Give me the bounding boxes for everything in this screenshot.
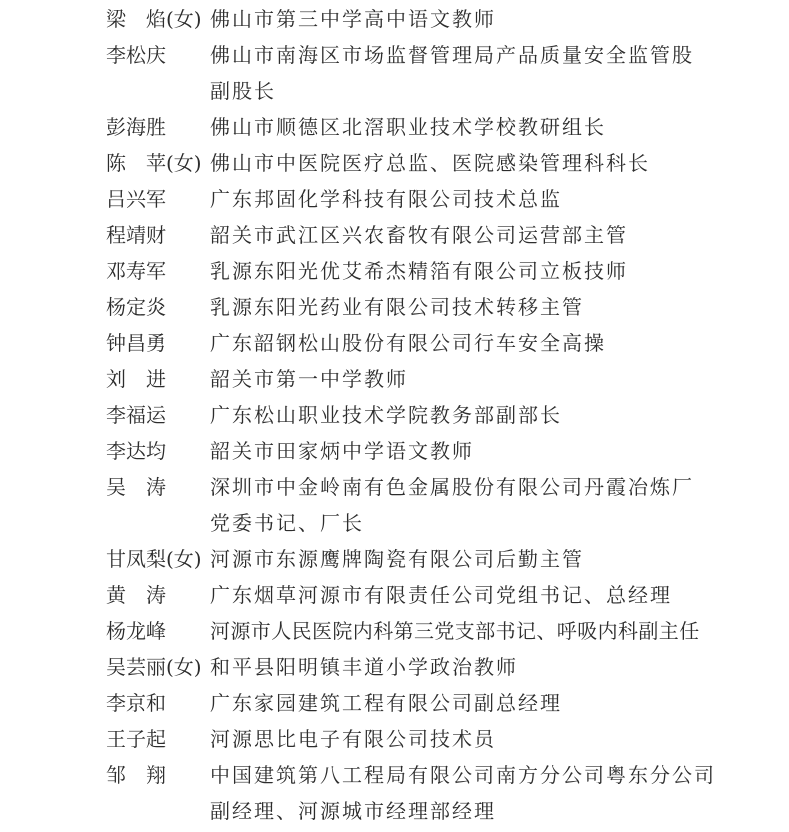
person-name: 梁 焰	[106, 7, 166, 31]
list-item-line: 杨龙峰 河源市人民医院内科第三党支部书记、呼吸内科副主任	[0, 613, 789, 649]
list-item-line: 李松庆 佛山市南海区市场监督管理局产品质量安全监管股	[0, 37, 789, 73]
list-item-line: 梁 焰(女) 佛山市第三中学高中语文教师	[0, 1, 789, 37]
person-title: 广东邦固化学科技有限公司技术总监	[210, 181, 562, 217]
person-name-block: 李达均	[106, 433, 210, 469]
list-item: 吕兴军 广东邦固化学科技有限公司技术总监	[0, 181, 789, 217]
person-name: 黄 涛	[106, 583, 166, 607]
list-item: 邹 翔 中国建筑第八工程局有限公司南方分公司粤东分公司 副经理、河源城市经理部经…	[0, 757, 789, 829]
list-item: 王子起 河源思比电子有限公司技术员	[0, 721, 789, 757]
person-title: 乳源东阳光药业有限公司技术转移主管	[210, 289, 584, 325]
list-item: 李达均 韶关市田家炳中学语文教师	[0, 433, 789, 469]
list-item-line: 程靖财 韶关市武江区兴农畜牧有限公司运营部主管	[0, 217, 789, 253]
person-name-block: 黄 涛	[106, 577, 210, 613]
person-name-block: 邓寿军	[106, 253, 210, 289]
person-title: 韶关市第一中学教师	[210, 361, 408, 397]
person-name: 杨定炎	[106, 295, 166, 319]
person-title: 和平县阳明镇丰道小学政治教师	[210, 649, 518, 685]
list-item-line: 杨定炎 乳源东阳光药业有限公司技术转移主管	[0, 289, 789, 325]
person-title: 深圳市中金岭南有色金属股份有限公司丹霞冶炼厂	[210, 469, 694, 505]
person-name-block: 杨定炎	[106, 289, 210, 325]
person-name: 吕兴军	[106, 187, 166, 211]
list-item: 刘 进 韶关市第一中学教师	[0, 361, 789, 397]
list-item: 李松庆 佛山市南海区市场监督管理局产品质量安全监管股 副股长	[0, 37, 789, 109]
list-item-line: 党委书记、厂长	[0, 505, 789, 541]
list-item-line: 李福运 广东松山职业技术学院教务部副部长	[0, 397, 789, 433]
person-name-block: 吴芸丽(女)	[106, 649, 210, 685]
person-title: 广东家园建筑工程有限公司副总经理	[210, 685, 562, 721]
person-title: 佛山市顺德区北滘职业技术学校教研组长	[210, 109, 606, 145]
person-title: 佛山市第三中学高中语文教师	[210, 1, 496, 37]
list-item-line: 吕兴军 广东邦固化学科技有限公司技术总监	[0, 181, 789, 217]
list-item-line: 甘凤梨(女) 河源市东源鹰牌陶瓷有限公司后勤主管	[0, 541, 789, 577]
person-name: 甘凤梨	[106, 547, 166, 571]
list-item: 黄 涛 广东烟草河源市有限责任公司党组书记、总经理	[0, 577, 789, 613]
person-title: 广东松山职业技术学院教务部副部长	[210, 397, 562, 433]
person-name-block: 刘 进	[106, 361, 210, 397]
list-item-line: 彭海胜 佛山市顺德区北滘职业技术学校教研组长	[0, 109, 789, 145]
list-item: 梁 焰(女) 佛山市第三中学高中语文教师	[0, 1, 789, 37]
gender-annotation: (女)	[166, 655, 202, 679]
person-title: 河源思比电子有限公司技术员	[210, 721, 496, 757]
person-name-block: 彭海胜	[106, 109, 210, 145]
gender-annotation: (女)	[166, 151, 202, 175]
person-name: 吴芸丽	[106, 655, 166, 679]
honoree-list: 梁 焰(女) 佛山市第三中学高中语文教师 李松庆 佛山市南海区市场监督管理局产品…	[0, 0, 789, 829]
list-item-line: 钟昌勇 广东韶钢松山股份有限公司行车安全高操	[0, 325, 789, 361]
person-name: 彭海胜	[106, 115, 166, 139]
person-title: 佛山市南海区市场监督管理局产品质量安全监管股	[210, 37, 694, 73]
list-item-line: 吴芸丽(女) 和平县阳明镇丰道小学政治教师	[0, 649, 789, 685]
list-item: 吴 涛 深圳市中金岭南有色金属股份有限公司丹霞冶炼厂 党委书记、厂长	[0, 469, 789, 541]
person-name-block: 王子起	[106, 721, 210, 757]
person-name: 王子起	[106, 727, 166, 751]
person-name-block: 李松庆	[106, 37, 210, 73]
list-item: 吴芸丽(女) 和平县阳明镇丰道小学政治教师	[0, 649, 789, 685]
person-title: 河源市人民医院内科第三党支部书记、呼吸内科副主任	[210, 613, 700, 649]
person-name-block: 李福运	[106, 397, 210, 433]
list-item-line: 副股长	[0, 73, 789, 109]
person-name: 刘 进	[106, 367, 166, 391]
person-title: 佛山市中医院医疗总监、医院感染管理科科长	[210, 145, 650, 181]
person-name: 钟昌勇	[106, 331, 166, 355]
person-name: 李松庆	[106, 43, 166, 67]
gender-annotation: (女)	[166, 7, 202, 31]
person-name-block: 吕兴军	[106, 181, 210, 217]
person-name-block: 程靖财	[106, 217, 210, 253]
person-name-block: 甘凤梨(女)	[106, 541, 210, 577]
gender-annotation: (女)	[166, 547, 202, 571]
list-item-line: 陈 苹(女) 佛山市中医院医疗总监、医院感染管理科科长	[0, 145, 789, 181]
person-name: 李京和	[106, 691, 166, 715]
list-item: 彭海胜 佛山市顺德区北滘职业技术学校教研组长	[0, 109, 789, 145]
person-title: 副经理、河源城市经理部经理	[210, 793, 496, 829]
list-item-line: 邹 翔 中国建筑第八工程局有限公司南方分公司粤东分公司	[0, 757, 789, 793]
list-item: 李福运 广东松山职业技术学院教务部副部长	[0, 397, 789, 433]
person-title: 韶关市武江区兴农畜牧有限公司运营部主管	[210, 217, 628, 253]
person-name: 邹 翔	[106, 763, 166, 787]
person-title: 韶关市田家炳中学语文教师	[210, 433, 474, 469]
person-title: 广东烟草河源市有限责任公司党组书记、总经理	[210, 577, 672, 613]
list-item: 李京和 广东家园建筑工程有限公司副总经理	[0, 685, 789, 721]
person-title: 党委书记、厂长	[210, 505, 364, 541]
person-name-block: 陈 苹(女)	[106, 145, 210, 181]
person-name-block: 杨龙峰	[106, 613, 210, 649]
person-name: 陈 苹	[106, 151, 166, 175]
list-item-line: 副经理、河源城市经理部经理	[0, 793, 789, 829]
list-item-line: 李京和 广东家园建筑工程有限公司副总经理	[0, 685, 789, 721]
list-item: 杨定炎 乳源东阳光药业有限公司技术转移主管	[0, 289, 789, 325]
document-page: 梁 焰(女) 佛山市第三中学高中语文教师 李松庆 佛山市南海区市场监督管理局产品…	[0, 0, 789, 832]
person-name: 邓寿军	[106, 259, 166, 283]
list-item: 甘凤梨(女) 河源市东源鹰牌陶瓷有限公司后勤主管	[0, 541, 789, 577]
list-item-line: 邓寿军 乳源东阳光优艾希杰精箔有限公司立板技师	[0, 253, 789, 289]
person-name: 程靖财	[106, 223, 166, 247]
list-item: 陈 苹(女) 佛山市中医院医疗总监、医院感染管理科科长	[0, 145, 789, 181]
list-item: 邓寿军 乳源东阳光优艾希杰精箔有限公司立板技师	[0, 253, 789, 289]
person-name: 杨龙峰	[106, 619, 166, 643]
person-name: 吴 涛	[106, 475, 166, 499]
person-title: 广东韶钢松山股份有限公司行车安全高操	[210, 325, 606, 361]
person-name-block: 吴 涛	[106, 469, 210, 505]
person-title: 中国建筑第八工程局有限公司南方分公司粤东分公司	[210, 757, 716, 793]
list-item: 钟昌勇 广东韶钢松山股份有限公司行车安全高操	[0, 325, 789, 361]
list-item-line: 黄 涛 广东烟草河源市有限责任公司党组书记、总经理	[0, 577, 789, 613]
list-item: 程靖财 韶关市武江区兴农畜牧有限公司运营部主管	[0, 217, 789, 253]
person-name-block: 钟昌勇	[106, 325, 210, 361]
list-item-line: 刘 进 韶关市第一中学教师	[0, 361, 789, 397]
person-title: 乳源东阳光优艾希杰精箔有限公司立板技师	[210, 253, 628, 289]
person-title: 副股长	[210, 73, 276, 109]
person-name-block: 李京和	[106, 685, 210, 721]
person-name: 李福运	[106, 403, 166, 427]
list-item-line: 吴 涛 深圳市中金岭南有色金属股份有限公司丹霞冶炼厂	[0, 469, 789, 505]
person-title: 河源市东源鹰牌陶瓷有限公司后勤主管	[210, 541, 584, 577]
person-name-block: 梁 焰(女)	[106, 1, 210, 37]
list-item: 杨龙峰 河源市人民医院内科第三党支部书记、呼吸内科副主任	[0, 613, 789, 649]
list-item-line: 李达均 韶关市田家炳中学语文教师	[0, 433, 789, 469]
list-item-line: 王子起 河源思比电子有限公司技术员	[0, 721, 789, 757]
person-name: 李达均	[106, 439, 166, 463]
person-name-block: 邹 翔	[106, 757, 210, 793]
